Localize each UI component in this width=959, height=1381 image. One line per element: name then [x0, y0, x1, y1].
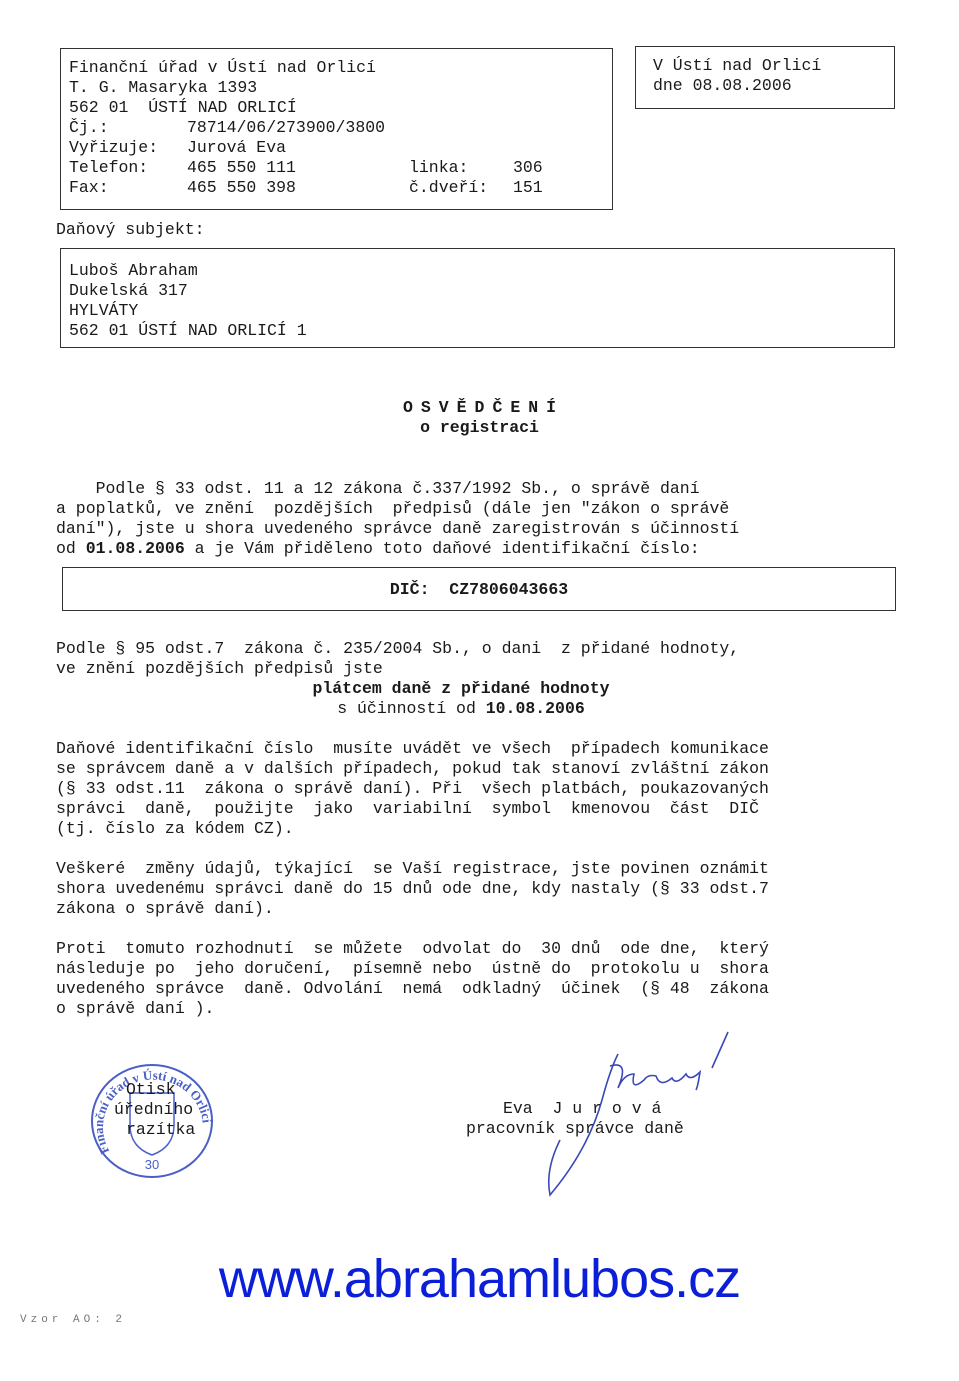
signature-icon	[540, 1030, 740, 1200]
door-number: 151	[513, 178, 543, 197]
issue-date: dne 08.08.2006	[653, 76, 894, 96]
fax-number: 465 550 398	[187, 178, 409, 198]
vat-status: plátcem daně z přidané hodnoty	[56, 679, 906, 699]
date-place: V Ústí nad Orlicí	[653, 56, 894, 76]
phone-label: Telefon:	[69, 158, 187, 178]
paragraph-line: se správcem daně a v dalších případech, …	[56, 759, 916, 779]
paragraph-line: a poplatků, ve znění pozdějších předpisů…	[56, 499, 906, 519]
reference-label: Čj.:	[69, 118, 187, 138]
paragraph-line: ve znění pozdějších předpisů jste	[56, 659, 906, 679]
extension-number: 306	[513, 158, 543, 177]
changes-paragraph: Veškeré změny údajů, týkající se Vaší re…	[56, 859, 916, 919]
door-label: č.dveří:	[409, 178, 513, 198]
paragraph-line: (§ 33 odst.11 zákona o správě daní). Při…	[56, 779, 916, 799]
tax-id-usage-paragraph: Daňové identifikační číslo musíte uvádět…	[56, 739, 916, 839]
vat-paragraph: Podle § 95 odst.7 zákona č. 235/2004 Sb.…	[56, 639, 906, 719]
website-watermark: www.abrahamlubos.cz	[0, 1248, 959, 1310]
tax-id-value: CZ7806043663	[449, 580, 568, 599]
paragraph-line: (tj. číslo za kódem CZ).	[56, 819, 916, 839]
paragraph-line: uvedeného správce daně. Odvolání nemá od…	[56, 979, 916, 999]
subject-district: HYLVÁTY	[69, 301, 894, 321]
paragraph-line: o správě daní ).	[56, 999, 916, 1019]
title-main: OSVĚDČENÍ	[0, 398, 959, 418]
extension-label: linka:	[409, 158, 513, 178]
appeal-paragraph: Proti tomuto rozhodnutí se můžete odvola…	[56, 939, 916, 1019]
vat-effective: s účinností od 10.08.2006	[56, 699, 906, 719]
stamp-number: 30	[145, 1157, 159, 1172]
form-code: Vzor AO: 2	[20, 1310, 126, 1330]
handler-label: Vyřizuje:	[69, 138, 187, 158]
subject-street: Dukelská 317	[69, 281, 894, 301]
handler-row: Vyřizuje:Jurová Eva	[69, 138, 612, 158]
office-street: T. G. Masaryka 1393	[69, 78, 612, 98]
subject-name: Luboš Abraham	[69, 261, 894, 281]
paragraph-line: následuje po jeho doručení, písemně nebo…	[56, 959, 916, 979]
paragraph-line: shora uvedenému správci daně do 15 dnů o…	[56, 879, 916, 899]
stamp-placeholder-line: razítka	[114, 1120, 195, 1140]
tax-id-label: DIČ:	[390, 580, 430, 599]
vat-status-text: plátcem daně z přidané hodnoty	[312, 679, 609, 698]
date-box: V Ústí nad Orlicí dne 08.08.2006	[635, 46, 895, 109]
stamp-placeholder-line: úředního	[114, 1100, 195, 1120]
subject-label: Daňový subjekt:	[56, 220, 205, 240]
text: a je Vám přiděleno toto daňové identifik…	[185, 539, 700, 558]
paragraph-line: zákona o správě daní).	[56, 899, 916, 919]
title-sub: o registraci	[0, 418, 959, 438]
handler-name: Jurová Eva	[187, 138, 286, 157]
fax-label: Fax:	[69, 178, 187, 198]
stamp-placeholder-line: Otisk	[114, 1080, 195, 1100]
paragraph-line: daní"), jste u shora uvedeného správce d…	[56, 519, 906, 539]
vat-effective-date: 10.08.2006	[486, 699, 585, 718]
reference-row: Čj.:78714/06/273900/3800	[69, 118, 612, 138]
paragraph-line: správci daně, použijte jako variabilní s…	[56, 799, 916, 819]
office-name: Finanční úřad v Ústí nad Orlicí	[69, 58, 612, 78]
phone-row: Telefon:465 550 111linka:306	[69, 158, 612, 178]
office-address-box: Finanční úřad v Ústí nad Orlicí T. G. Ma…	[60, 48, 613, 210]
paragraph-line: Proti tomuto rozhodnutí se můžete odvola…	[56, 939, 916, 959]
paragraph-line: od 01.08.2006 a je Vám přiděleno toto da…	[56, 539, 906, 559]
office-city: 562 01 ÚSTÍ NAD ORLICÍ	[69, 98, 612, 118]
paragraph-line: Podle § 95 odst.7 zákona č. 235/2004 Sb.…	[56, 639, 906, 659]
subject-city: 562 01 ÚSTÍ NAD ORLICÍ 1	[69, 321, 894, 341]
paragraph-line: Podle § 33 odst. 11 a 12 zákona č.337/19…	[56, 479, 906, 499]
registration-paragraph: Podle § 33 odst. 11 a 12 zákona č.337/19…	[56, 479, 906, 559]
reference-number: 78714/06/273900/3800	[187, 118, 385, 137]
paragraph-line: Veškeré změny údajů, týkající se Vaší re…	[56, 859, 916, 879]
document-title: OSVĚDČENÍ o registraci	[0, 398, 959, 438]
registration-date: 01.08.2006	[86, 539, 185, 558]
text: s účinností od	[337, 699, 486, 718]
phone-number: 465 550 111	[187, 158, 409, 178]
subject-address-box: Luboš Abraham Dukelská 317 HYLVÁTY 562 0…	[60, 248, 895, 348]
tax-id-box: DIČ: CZ7806043663	[62, 567, 896, 611]
fax-row: Fax:465 550 398č.dveří:151	[69, 178, 612, 198]
stamp-placeholder: Otisk úředního razítka	[114, 1080, 195, 1140]
text: od	[56, 539, 86, 558]
paragraph-line: Daňové identifikační číslo musíte uvádět…	[56, 739, 916, 759]
